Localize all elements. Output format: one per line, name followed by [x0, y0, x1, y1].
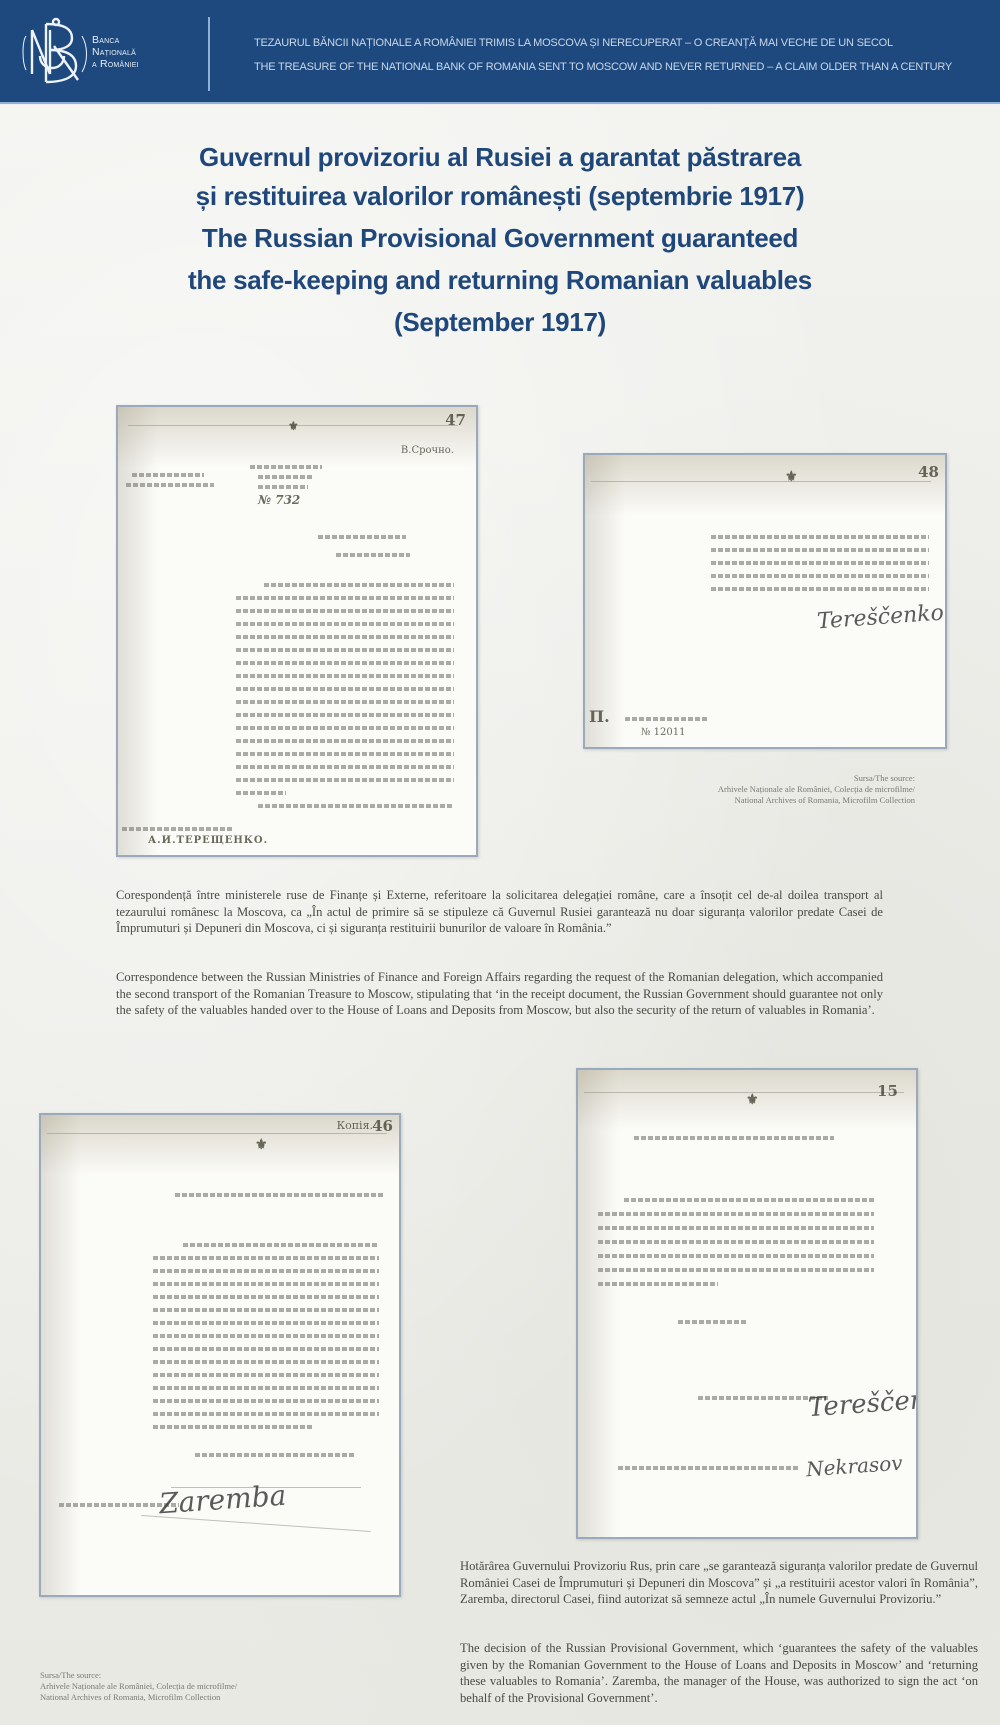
logo-line-2: Națională: [92, 46, 139, 58]
doc1-signatory: А.И.ТЕРЕЩЕНКО.: [148, 835, 268, 846]
doc2-signature: Tereščenko: [816, 601, 944, 635]
logo-line-3: a României: [92, 58, 139, 70]
title-ro-line-2: și restituirea valorilor românești (sept…: [0, 177, 1000, 216]
doc4-signature-2: Nekrasov: [805, 1451, 903, 1482]
header-banner: Banca Națională a României TEZAURUL BĂNC…: [0, 0, 1000, 104]
archival-document-3: Копія. 46 ⚜ Zaremba: [39, 1113, 401, 1597]
source-label: Sursa/The source:: [40, 1670, 340, 1681]
header-subtitle-en: THE TREASURE OF THE NATIONAL BANK OF ROM…: [254, 61, 952, 73]
doc1-number: № 732: [258, 493, 300, 507]
source-line-en: National Archives of Romania, Microfilm …: [640, 795, 915, 806]
caption-2-en: The decision of the Russian Provisional …: [460, 1640, 978, 1706]
title-en-line-2: the safe-keeping and returning Romanian …: [0, 260, 1000, 300]
source-line-ro: Arhivele Naționale ale României, Colecți…: [40, 1681, 340, 1692]
source-line-ro: Arhivele Naționale ale României, Colecți…: [640, 784, 915, 795]
title-en-line-3: (September 1917): [0, 302, 1000, 342]
title-en-line-1: The Russian Provisional Government guara…: [0, 218, 1000, 258]
header-subtitle-ro: TEZAURUL BĂNCII NAȚIONALE A ROMÂNIEI TRI…: [254, 37, 893, 49]
caption-1-en: Correspondence between the Russian Minis…: [116, 969, 883, 1019]
source-line-en: National Archives of Romania, Microfilm …: [40, 1692, 340, 1703]
doc2-number: № 12011: [641, 727, 685, 738]
logo-wordmark: Banca Națională a României: [92, 34, 139, 70]
header-divider: [208, 17, 210, 91]
caption-2-ro: Hotărârea Guvernului Provizoriu Rus, pri…: [460, 1558, 978, 1608]
title-ro-line-1: Guvernul provizoriu al Rusiei a garantat…: [0, 138, 1000, 177]
source-credit-2: Sursa/The source: Arhivele Naționale ale…: [40, 1670, 340, 1703]
caption-1-ro: Corespondență între ministerele ruse de …: [116, 887, 883, 937]
doc1-urgent-mark: В.Срочно.: [401, 445, 454, 456]
doc3-copy-mark: Копія.: [337, 1119, 373, 1132]
archival-document-1: 47 ⚜ В.Срочно. № 732 А.И.ТЕРЕЩЕНКО.: [116, 405, 478, 857]
source-credit-1: Sursa/The source: Arhivele Naționale ale…: [640, 773, 915, 806]
page-title: Guvernul provizoriu al Rusiei a garantat…: [0, 138, 1000, 342]
logo-line-1: Banca: [92, 34, 139, 46]
bnr-monogram-logo-icon: [20, 16, 90, 90]
archival-document-4: ⚜ 15 Tereščenko Nekrasov: [576, 1068, 918, 1539]
archival-document-2: 48 ⚜ Tereščenko П. № 12011: [583, 453, 947, 749]
doc3-signature: Zaremba: [158, 1479, 287, 1521]
source-label: Sursa/The source:: [640, 773, 915, 784]
doc4-signature-1: Tereščenko: [807, 1383, 918, 1423]
